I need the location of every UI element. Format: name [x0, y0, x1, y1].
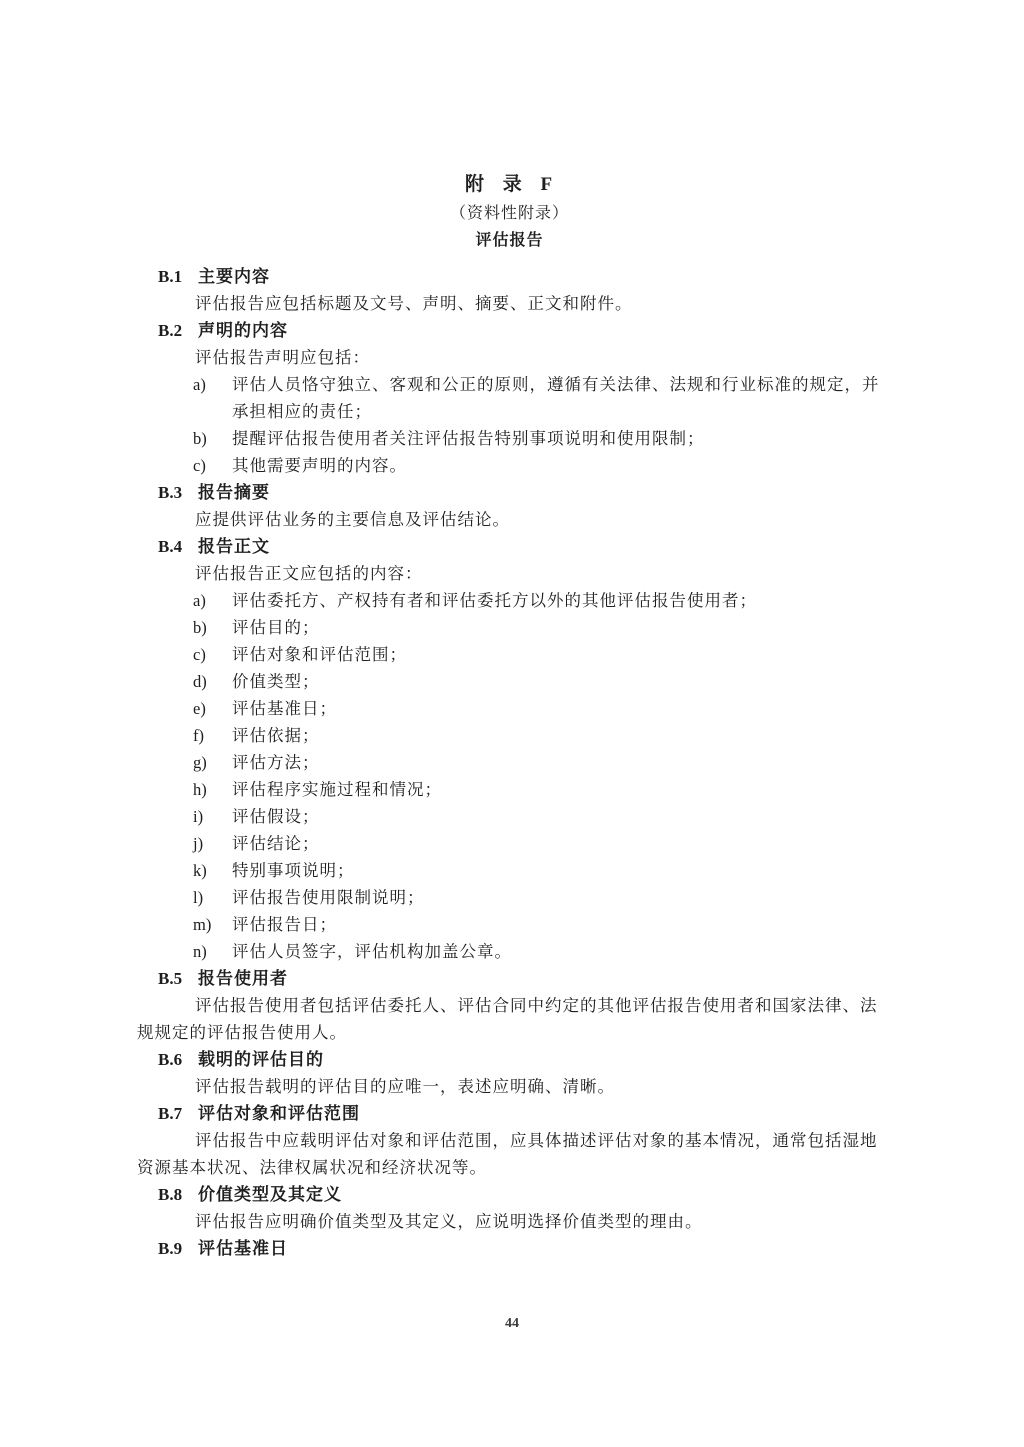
- list-item: b)评估目的；: [137, 614, 882, 641]
- list-item: f)评估依据；: [137, 722, 882, 749]
- section-b5: B.5报告使用者 评估报告使用者包括评估委托人、评估合同中约定的其他评估报告使用…: [137, 965, 882, 1046]
- list-item: j)评估结论；: [137, 830, 882, 857]
- section-id: B.5: [158, 965, 184, 992]
- list-item-text: 评估假设；: [232, 807, 320, 826]
- list-item-letter: n): [193, 938, 207, 965]
- paragraph: 评估报告载明的评估目的应唯一，表述应明确、清晰。: [137, 1073, 882, 1100]
- list-item-text: 评估委托方、产权持有者和评估委托方以外的其他评估报告使用者；: [232, 591, 757, 610]
- list-item-letter: f): [193, 722, 204, 749]
- section-heading: B.1主要内容: [137, 263, 882, 290]
- list-item-text: 提醒评估报告使用者关注评估报告特别事项说明和使用限制；: [232, 429, 705, 448]
- list-item-letter: j): [193, 830, 203, 857]
- list-item-letter: b): [193, 425, 207, 452]
- section-heading: B.3报告摘要: [137, 479, 882, 506]
- section-heading: B.9评估基准日: [137, 1235, 882, 1262]
- list-item-letter: a): [193, 587, 206, 614]
- appendix-title: 附 录 F: [137, 170, 882, 200]
- section-heading: B.5报告使用者: [137, 965, 882, 992]
- section-id: B.2: [158, 317, 184, 344]
- document-page: 附 录 F （资料性附录） 评估报告 B.1主要内容 评估报告应包括标题及文号、…: [0, 0, 1024, 1447]
- section-b3: B.3报告摘要 应提供评估业务的主要信息及评估结论。: [137, 479, 882, 533]
- paragraph: 评估报告声明应包括：: [137, 344, 882, 371]
- list-item: e)评估基准日；: [137, 695, 882, 722]
- section-title: 报告摘要: [198, 483, 270, 502]
- list-item-text: 评估报告使用限制说明；: [232, 888, 425, 907]
- page-number: 44: [0, 1316, 1024, 1332]
- section-title: 声明的内容: [198, 321, 288, 340]
- section-b8: B.8价值类型及其定义 评估报告应明确价值类型及其定义，应说明选择价值类型的理由…: [137, 1181, 882, 1235]
- section-id: B.6: [158, 1046, 184, 1073]
- list-item-letter: m): [193, 911, 211, 938]
- list-item-letter: e): [193, 695, 206, 722]
- section-id: B.9: [158, 1235, 184, 1262]
- paragraph: 应提供评估业务的主要信息及评估结论。: [137, 506, 882, 533]
- list-item-text: 特别事项说明；: [232, 861, 355, 880]
- section-id: B.3: [158, 479, 184, 506]
- list-item-text: 评估报告日；: [232, 915, 337, 934]
- section-title: 评估基准日: [198, 1239, 288, 1258]
- list-item-text: 评估结论；: [232, 834, 320, 853]
- list-item-text: 评估依据；: [232, 726, 320, 745]
- paragraph: 评估报告应明确价值类型及其定义，应说明选择价值类型的理由。: [137, 1208, 882, 1235]
- section-b6: B.6载明的评估目的 评估报告载明的评估目的应唯一，表述应明确、清晰。: [137, 1046, 882, 1100]
- list-item-text: 评估对象和评估范围；: [232, 645, 407, 664]
- section-b4: B.4报告正文 评估报告正文应包括的内容： a)评估委托方、产权持有者和评估委托…: [137, 533, 882, 965]
- section-title: 价值类型及其定义: [198, 1185, 342, 1204]
- document-content: 附 录 F （资料性附录） 评估报告 B.1主要内容 评估报告应包括标题及文号、…: [137, 170, 882, 1262]
- section-b9: B.9评估基准日: [137, 1235, 882, 1262]
- section-heading: B.4报告正文: [137, 533, 882, 560]
- appendix-title-block: 附 录 F （资料性附录） 评估报告: [137, 170, 882, 254]
- section-title: 报告使用者: [198, 969, 288, 988]
- appendix-kind: （资料性附录）: [137, 200, 882, 227]
- list-item: l)评估报告使用限制说明；: [137, 884, 882, 911]
- list-item: n)评估人员签字，评估机构加盖公章。: [137, 938, 882, 965]
- paragraph: 评估报告中应载明评估对象和评估范围，应具体描述评估对象的基本情况，通常包括湿地资…: [137, 1127, 882, 1181]
- list-item-letter: c): [193, 641, 206, 668]
- section-heading: B.7评估对象和评估范围: [137, 1100, 882, 1127]
- section-title: 评估对象和评估范围: [198, 1104, 360, 1123]
- list-item-text: 评估程序实施过程和情况；: [232, 780, 442, 799]
- list-item-text: 评估人员恪守独立、客观和公正的原则，遵循有关法律、法规和行业标准的规定，并承担相…: [232, 375, 880, 421]
- section-id: B.8: [158, 1181, 184, 1208]
- paragraph: 评估报告应包括标题及文号、声明、摘要、正文和附件。: [137, 290, 882, 317]
- list-item: a)评估人员恪守独立、客观和公正的原则，遵循有关法律、法规和行业标准的规定，并承…: [137, 371, 882, 425]
- list-item-letter: g): [193, 749, 207, 776]
- list-item-letter: h): [193, 776, 207, 803]
- list-item: g)评估方法；: [137, 749, 882, 776]
- list-item: h)评估程序实施过程和情况；: [137, 776, 882, 803]
- section-title: 报告正文: [198, 537, 270, 556]
- list-item: c)评估对象和评估范围；: [137, 641, 882, 668]
- section-b1: B.1主要内容 评估报告应包括标题及文号、声明、摘要、正文和附件。: [137, 263, 882, 317]
- section-heading: B.2声明的内容: [137, 317, 882, 344]
- list-item-letter: k): [193, 857, 207, 884]
- list-item: d)价值类型；: [137, 668, 882, 695]
- list-item-letter: i): [193, 803, 203, 830]
- paragraph: 评估报告使用者包括评估委托人、评估合同中约定的其他评估报告使用者和国家法律、法规…: [137, 992, 882, 1046]
- appendix-name: 评估报告: [137, 227, 882, 254]
- section-heading: B.6载明的评估目的: [137, 1046, 882, 1073]
- section-title: 载明的评估目的: [198, 1050, 324, 1069]
- section-b2: B.2声明的内容 评估报告声明应包括： a)评估人员恪守独立、客观和公正的原则，…: [137, 317, 882, 479]
- list-item: b)提醒评估报告使用者关注评估报告特别事项说明和使用限制；: [137, 425, 882, 452]
- section-id: B.4: [158, 533, 184, 560]
- list-item-letter: b): [193, 614, 207, 641]
- paragraph: 评估报告正文应包括的内容：: [137, 560, 882, 587]
- list-item-text: 评估方法；: [232, 753, 320, 772]
- section-id: B.7: [158, 1100, 184, 1127]
- list-item: c)其他需要声明的内容。: [137, 452, 882, 479]
- list-item: k)特别事项说明；: [137, 857, 882, 884]
- list-item-letter: d): [193, 668, 207, 695]
- list-item: i)评估假设；: [137, 803, 882, 830]
- list-item-letter: a): [193, 371, 206, 398]
- list-item-text: 评估目的；: [232, 618, 320, 637]
- list-item-letter: c): [193, 452, 206, 479]
- list-item-text: 评估基准日；: [232, 699, 337, 718]
- list-item-text: 价值类型；: [232, 672, 320, 691]
- section-title: 主要内容: [198, 267, 270, 286]
- section-b7: B.7评估对象和评估范围 评估报告中应载明评估对象和评估范围，应具体描述评估对象…: [137, 1100, 882, 1181]
- list-item: m)评估报告日；: [137, 911, 882, 938]
- list-item-text: 评估人员签字，评估机构加盖公章。: [232, 942, 512, 961]
- section-id: B.1: [158, 263, 184, 290]
- list-item: a)评估委托方、产权持有者和评估委托方以外的其他评估报告使用者；: [137, 587, 882, 614]
- section-heading: B.8价值类型及其定义: [137, 1181, 882, 1208]
- list-item-text: 其他需要声明的内容。: [232, 456, 407, 475]
- list-item-letter: l): [193, 884, 203, 911]
